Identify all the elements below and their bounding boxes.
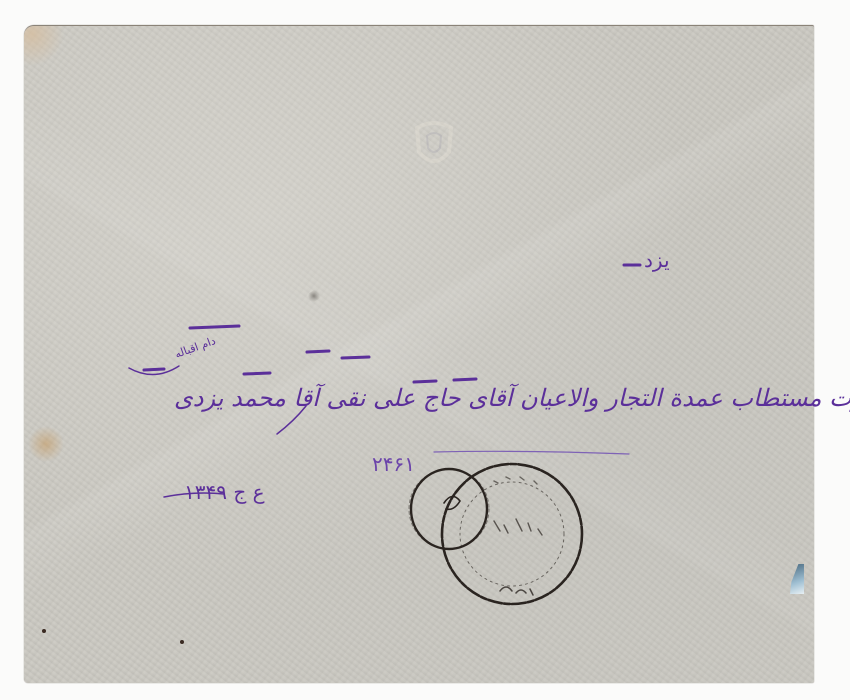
watermark-emblem-icon [409,116,459,176]
honorific-handwriting: دام اقباله [173,334,217,361]
foxing-stain [28,426,64,462]
envelope: یزد دام اقباله محترم تجارتخانه حضرت مستط… [24,25,814,683]
postmark-icon [404,451,584,621]
date-handwriting: ع ج ۱۳۴۹ [184,480,265,504]
scan-background: یزد دام اقباله محترم تجارتخانه حضرت مستط… [0,0,850,700]
paper-speck [180,640,184,644]
city-handwriting: یزد [644,248,670,272]
address-handwriting: محترم تجارتخانه حضرت مستطاب عمدة التجار … [174,384,850,412]
ink-smudge [305,288,322,304]
worn-corner [24,26,64,66]
paper-speck [42,629,46,633]
